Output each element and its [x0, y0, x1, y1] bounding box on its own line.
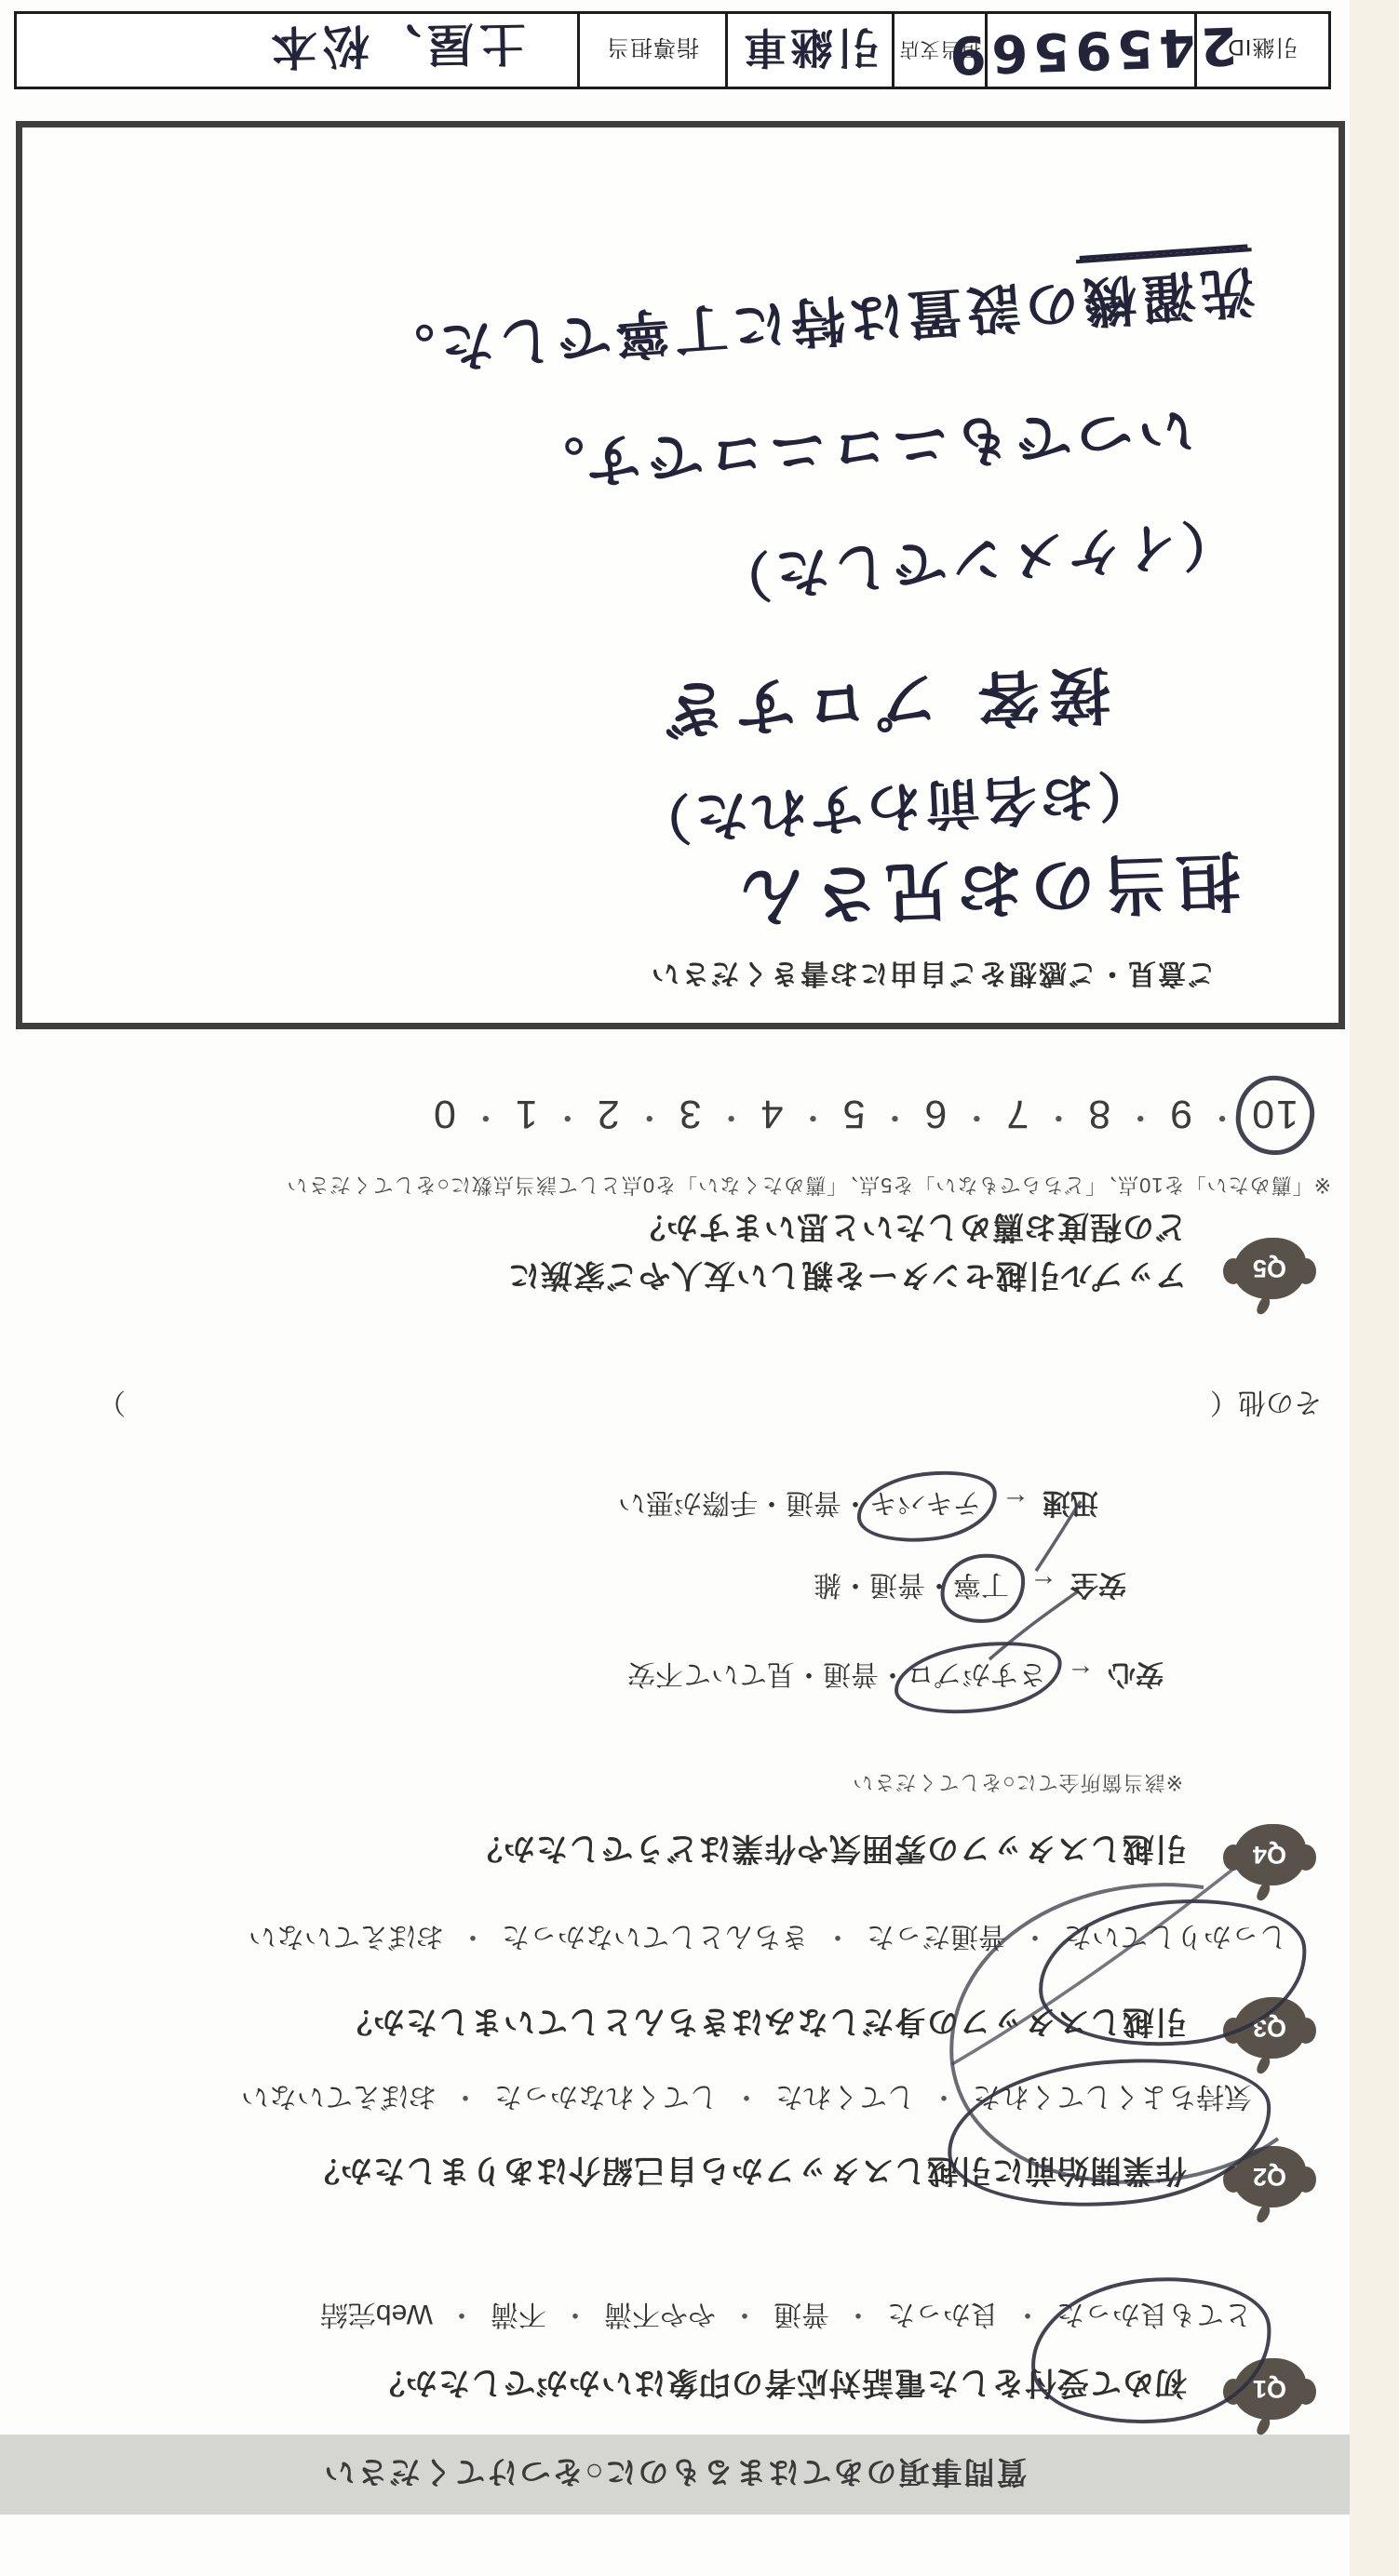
branch-value-cell: 引継車 [725, 14, 892, 87]
handwritten-line: 接客 プロすぎ [654, 655, 1112, 759]
option-separator-dot: ・ [716, 2299, 773, 2329]
option-separator-dot: ・ [795, 1658, 823, 1689]
option-separator-dot: ・ [925, 1569, 953, 1600]
option-separator-dot: ・ [538, 1099, 596, 1134]
q4-row-options: 丁寧・普通・雑 [814, 1569, 1009, 1600]
q3-badge: Q3 [1233, 1997, 1306, 2059]
q5-rating-scale: 10・9・8・7・6・5・4・3・2・1・0 [432, 1091, 1298, 1143]
scanned-survey-sheet-rotated: 質問事項のあてはまるものに○をつけてください Q1 初めて受付をした電話対応者の… [0, 0, 1399, 2576]
q5-text-line1: アップル引越センターを親しい友人やご家族に [507, 1255, 1187, 1301]
option[interactable]: 見ていて不安 [627, 1657, 795, 1697]
scan-edge-band [1350, 0, 1399, 2576]
other-close-paren: ） [98, 1387, 126, 1417]
q4-row-aspect: 安心 [1108, 1658, 1164, 1689]
badge-leaf-icon [1255, 2204, 1271, 2225]
option-separator-dot: ・ [841, 1487, 869, 1518]
q5-badge: Q5 [1233, 1238, 1306, 1299]
option[interactable]: きちんとしていなかった [502, 1919, 809, 1960]
option-separator-dot: ・ [456, 1099, 514, 1134]
q4-badge: Q4 [1233, 1824, 1306, 1885]
comment-box-label: ご意見・ご感想をご自由にお書きください [650, 956, 1216, 997]
option[interactable]: 4 [760, 1091, 784, 1136]
option[interactable]: してくれなかった [494, 2079, 718, 2120]
comment-box: ご意見・ご感想をご自由にお書きください 担当のお兄さん （お名前わすれた） 接客… [16, 121, 1345, 1029]
option-selected-hand-circle[interactable]: 気持ちよくしてくれた [973, 2079, 1252, 2120]
q4-row-jinsoku: 迅速←テキパキ・普通・手際が悪い [618, 1485, 1098, 1526]
option[interactable]: おぼえていない [241, 2079, 437, 2120]
option[interactable]: 3 [678, 1091, 702, 1136]
option-separator-dot: ・ [546, 2299, 604, 2329]
q2-text: 作業開始前に引越しスタッフから自己紹介はありましたか？ [307, 2151, 1187, 2196]
option-separator-dot: ・ [841, 1569, 869, 1600]
badge-leaf-icon [1255, 2416, 1271, 2437]
other-open-paren: その他（ [1210, 1387, 1322, 1417]
option-separator-dot: ・ [1110, 1099, 1168, 1134]
badge-leaf-icon [1255, 2055, 1271, 2076]
instructor-label: 指導担当 [606, 34, 699, 67]
option[interactable]: Web完結 [320, 2297, 433, 2338]
option-selected-hand-circle[interactable]: 丁寧 [953, 1567, 1009, 1608]
q1-options: とても良かった・良かった・普通・やや不満・不満・Web完結 [320, 2297, 1252, 2338]
q4-note: ※該当箇所全てに○をしてください [852, 1769, 1183, 1798]
option-separator-dot: ・ [702, 1099, 760, 1134]
option[interactable]: 2 [596, 1091, 620, 1136]
option[interactable]: 1 [514, 1091, 538, 1136]
option[interactable]: 普通 [823, 1657, 879, 1697]
q4-other-label[interactable]: その他（ [1210, 1385, 1322, 1426]
option[interactable]: 普通 [786, 1485, 841, 1526]
q4-other-close: ） [98, 1385, 126, 1426]
option-separator-dot: ・ [1006, 1921, 1064, 1952]
option[interactable]: 9 [1168, 1091, 1192, 1136]
option[interactable]: 普通 [869, 1567, 925, 1608]
q4-row-options: テキパキ・普通・手際が悪い [618, 1487, 981, 1518]
option[interactable]: 良かった [887, 2297, 999, 2338]
option-separator-dot: ・ [999, 2299, 1056, 2329]
q3-options: しっかりしていた・普通だった・きちんとしていなかった・おぼえていない [249, 1919, 1287, 1960]
q2-options: 気持ちよくしてくれた・してくれた・してくれなかった・おぼえていない [241, 2079, 1252, 2120]
q4-row-anshin: 安心←さすがプロ・普通・見ていて不安 [627, 1657, 1164, 1697]
option[interactable]: 普通だった [867, 1919, 1006, 1960]
option[interactable]: 手際が悪い [618, 1485, 758, 1526]
handwritten-line: いつでもニコニコです。 [522, 394, 1197, 509]
option-separator-dot: ・ [829, 2299, 887, 2329]
q1-badge-label: Q1 [1253, 2375, 1286, 2404]
option-separator-dot: ・ [444, 1921, 502, 1952]
form-title-bar: 質問事項のあてはまるものに○をつけてください [0, 2435, 1350, 2515]
option-separator-dot: ・ [879, 1658, 907, 1689]
q4-badge-label: Q4 [1253, 1841, 1286, 1870]
q2-badge-label: Q2 [1253, 2163, 1286, 2192]
option-selected-hand-circle[interactable]: さすがプロ [907, 1657, 1046, 1697]
handwritten-line: 洗濯機の設置は特に丁寧でした。 [374, 256, 1258, 396]
instructor-value-cell: 土屋、松本 [17, 14, 577, 87]
q1-badge: Q1 [1233, 2358, 1306, 2420]
option[interactable]: 不満 [491, 2297, 546, 2338]
option-separator-dot: ・ [1192, 1099, 1250, 1134]
badge-leaf-icon [1255, 1882, 1271, 1903]
option[interactable]: 普通 [773, 2297, 829, 2338]
option-separator-dot: ・ [784, 1099, 841, 1134]
left-arrow-icon: ← [1067, 1658, 1095, 1689]
q4-row-options: さすがプロ・普通・見ていて不安 [627, 1658, 1046, 1689]
handwritten-rest: の設置は特に丁寧でした。 [375, 271, 1082, 383]
left-arrow-icon: ← [1002, 1487, 1029, 1518]
option-separator-dot: ・ [433, 2299, 491, 2329]
q5-note: ※「薦めたい」を10点、「どちらでもない」を5点、「薦めたくない」を0点として該… [287, 1172, 1331, 1201]
q4-row-aspect: 迅速 [1043, 1487, 1098, 1518]
option[interactable]: 雑 [814, 1567, 841, 1608]
q4-row-anzen: 安全←丁寧・普通・雑 [814, 1567, 1126, 1608]
option[interactable]: やや不満 [604, 2297, 716, 2338]
option[interactable]: 6 [922, 1091, 947, 1136]
form-title: 質問事項のあてはまるものに○をつけてください [323, 2453, 1028, 2497]
option[interactable]: 5 [841, 1091, 866, 1136]
option-selected-hand-circle[interactable]: とても良かった [1056, 2297, 1252, 2338]
option-separator-dot: ・ [915, 2081, 973, 2112]
q4-row-aspect: 安全 [1070, 1569, 1126, 1600]
option-selected-hand-circle[interactable]: しっかりしていた [1064, 1919, 1287, 1960]
handwritten-emphasis: 洗濯機 [1076, 248, 1257, 334]
instructor-value: 土屋、松本 [16, 12, 577, 88]
option[interactable]: 7 [1004, 1091, 1029, 1136]
q1-text: 初めて受付をした電話対応者の印象はいかがでしたか？ [372, 2363, 1187, 2408]
handover-id-label: 引継ID [1227, 34, 1298, 67]
q2-badge: Q2 [1233, 2146, 1306, 2207]
option-separator-dot: ・ [437, 2081, 494, 2112]
q5-badge-label: Q5 [1253, 1254, 1286, 1283]
option-separator-dot: ・ [758, 1487, 786, 1518]
option[interactable]: 8 [1086, 1091, 1110, 1136]
handover-id-value-cell: 2459569 [985, 14, 1194, 87]
q4-text: 引越しスタッフの雰囲気や作業はどうでしたか？ [470, 1829, 1187, 1874]
option-selected-hand-circle[interactable]: 10 [1250, 1091, 1298, 1136]
option[interactable]: してくれた [775, 2079, 915, 2120]
q3-text: 引越しスタッフの身だしなみはきちんとしていましたか？ [340, 2002, 1187, 2047]
handover-header-table: 引継ID 2459569 担当支店 引継車 指導担当 土屋、松本 [14, 11, 1331, 89]
option-separator-dot: ・ [865, 1099, 922, 1134]
option-separator-dot: ・ [620, 1099, 678, 1134]
q3-badge-label: Q3 [1253, 2014, 1286, 2043]
handover-id-value: 2459569 [943, 15, 1238, 86]
option[interactable]: おぼえていない [249, 1919, 444, 1960]
option-separator-dot: ・ [809, 1921, 867, 1952]
badge-leaf-icon [1255, 1295, 1271, 1317]
instructor-label-cell: 指導担当 [577, 14, 725, 87]
option-separator-dot: ・ [718, 2081, 775, 2112]
branch-value: 引継車 [740, 20, 880, 81]
left-arrow-icon: ← [1029, 1569, 1057, 1600]
option-selected-hand-circle[interactable]: テキパキ [869, 1485, 981, 1526]
option-separator-dot: ・ [1029, 1099, 1086, 1134]
option[interactable]: 0 [432, 1091, 456, 1136]
option-separator-dot: ・ [947, 1099, 1004, 1134]
q5-text-line2: どの程度お薦めしたいと思いますか？ [633, 1207, 1187, 1253]
handwritten-line: （イケメンでした） [710, 507, 1239, 622]
